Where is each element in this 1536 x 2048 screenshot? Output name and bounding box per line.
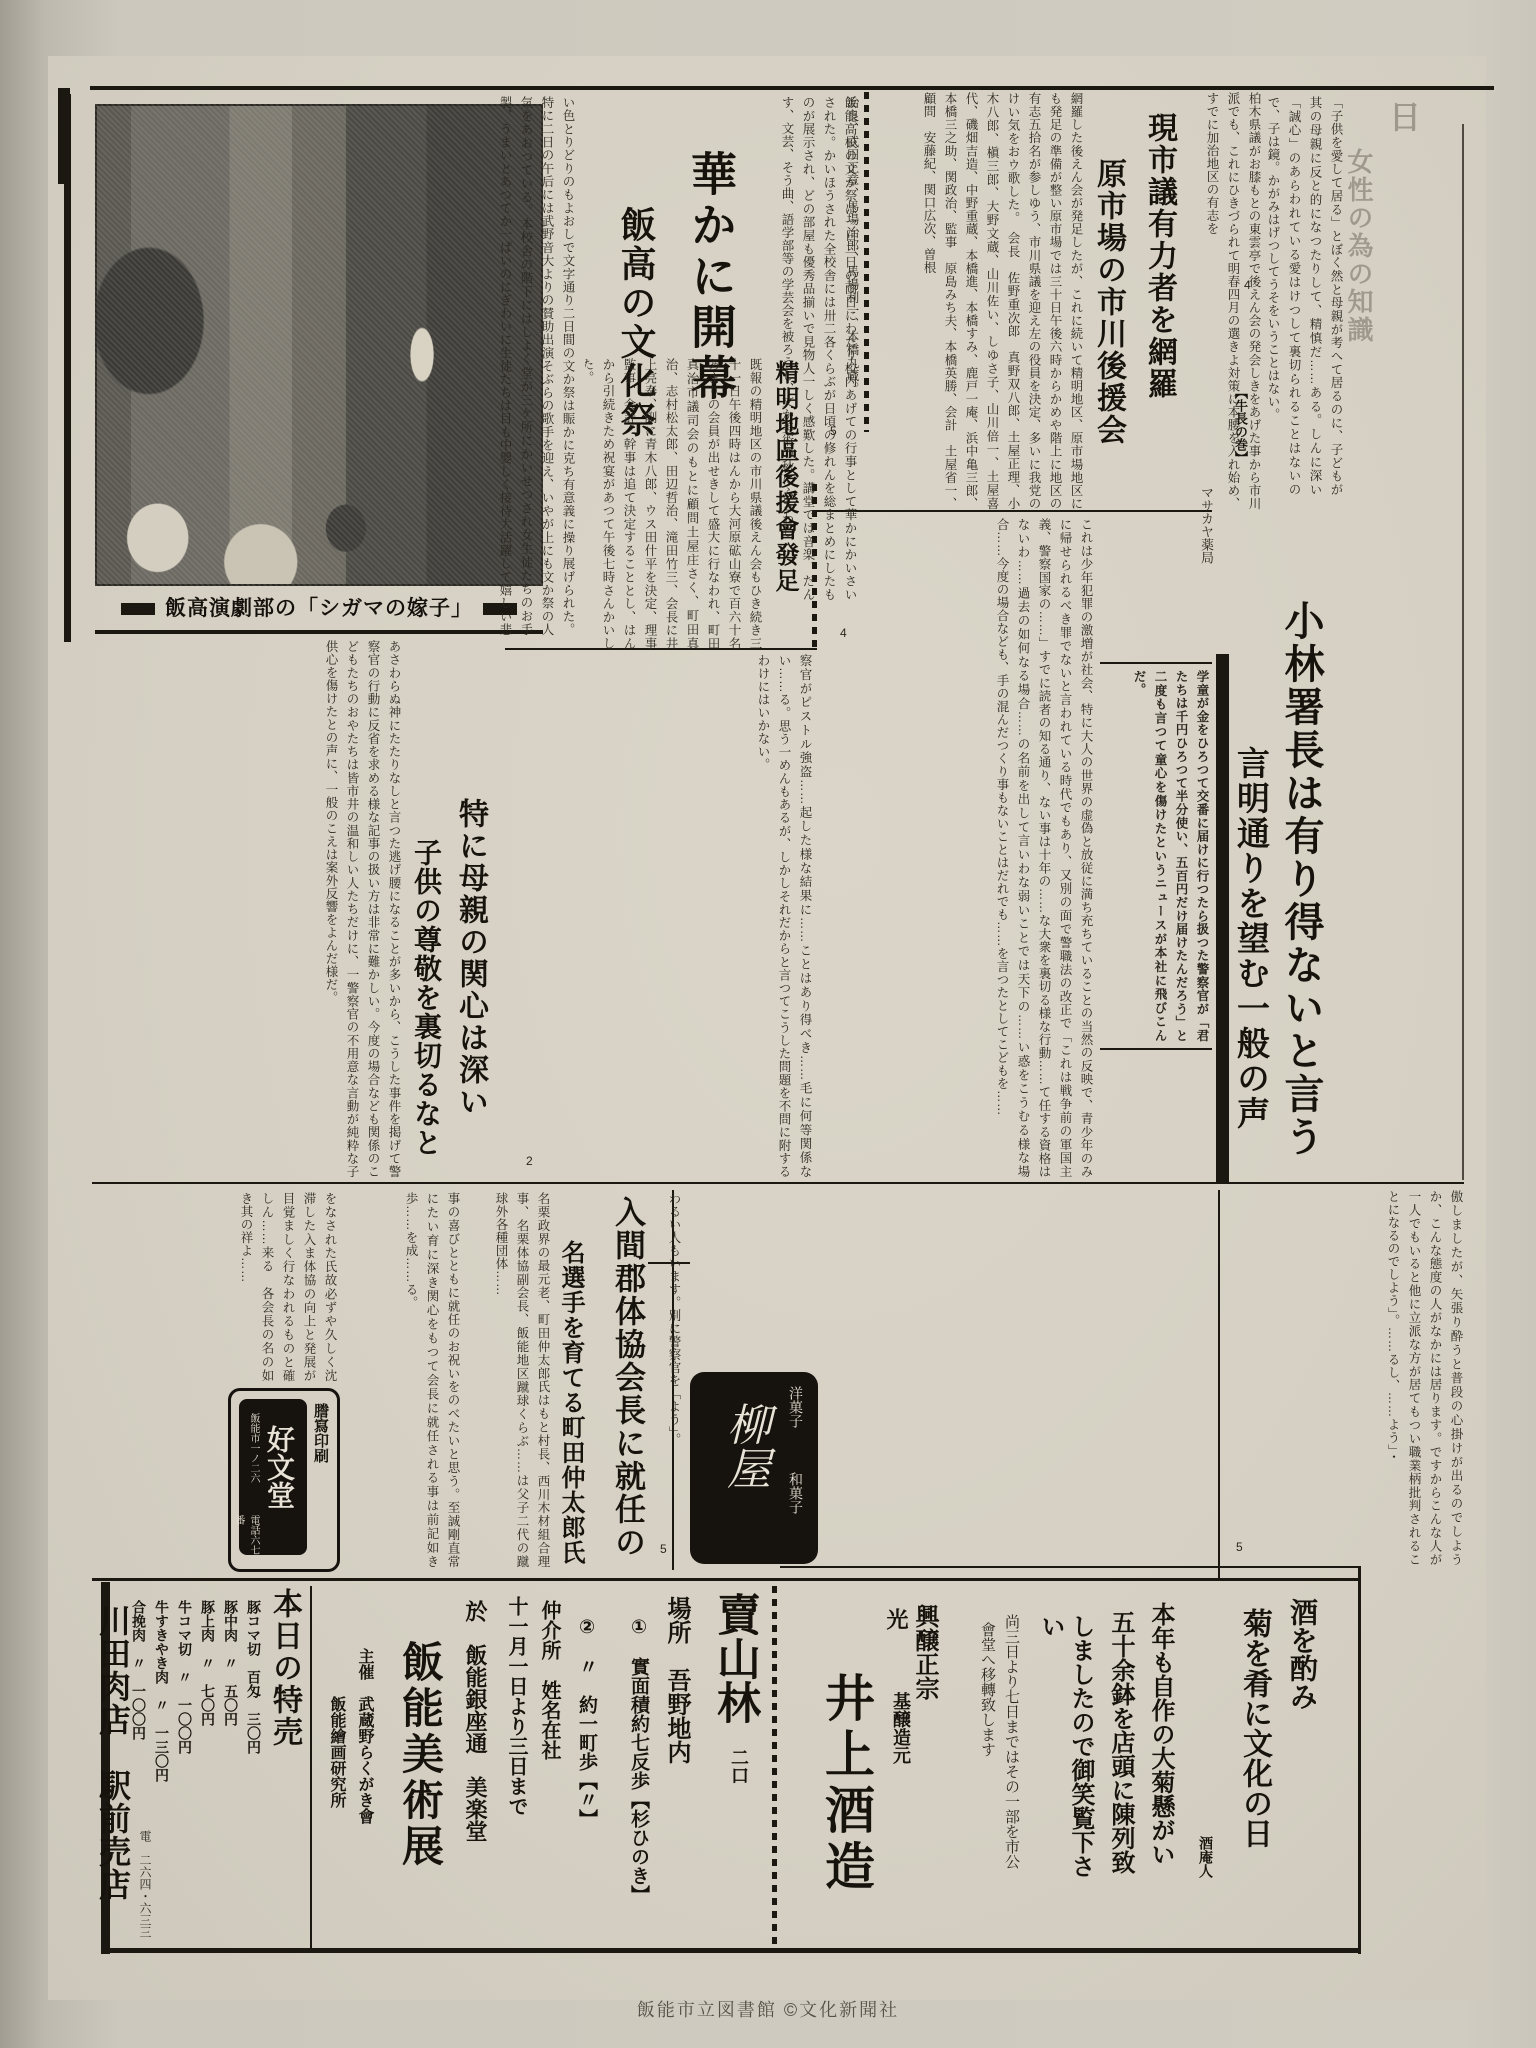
kobayashi-body-c: 傲しましたが、矢張り酔うと普段の心掛けが出るのでしようか、こんな態度の人がなかに… [1226,1190,1466,1566]
inoue-brand3: 基醸造元 [890,1692,914,1802]
kawada-item-4: 牛コマ切 〃 一〇〇円 [173,1600,195,1930]
machida-endcol: わるい人もいます。別に警察官を「よう」。 [648,1192,684,1564]
kobayashi-headline: 小林署長は有り得ないと言う [1280,600,1330,1188]
kawada-title: 本日の特売 [270,1588,306,1768]
rightband-divider [1218,1190,1220,1578]
inoue-signer: 酒庵人 [1198,1836,1216,1906]
kawada-shop: 川田肉店 駅前売店 [94,1604,136,1924]
kobayashi-subhead2: 特に母親の関心は深い [452,798,492,1143]
ichikawa-headline: 現市議有力者を網羅 [1143,112,1181,422]
bunkasai-body-mid: い色とりどりのもよおしで文字通り二日間の文か祭は賑かに克ち有意義に操り展げられた… [500,96,578,636]
top-rule [90,86,1494,90]
kobayashi-body-b: あさわらぬ神にたたりなしと言つた逃げ腰になることが多いから、こうした事件を掲げて… [92,640,404,1178]
ad-divider-wavy [772,1586,777,1950]
yamarin-location: 場所 吾野地内 [664,1596,694,1876]
ad-divider-1 [310,1586,312,1950]
machida-body-a: 名栗政界の最元老、町田仲太郎氏はもと村長、西川木材組合理事、名栗体協副会長、飯能… [468,1192,553,1568]
footer-credit: 飯能市立図書館 ©文化新聞社 [0,1996,1536,2022]
left-corner-mark [58,88,70,184]
machida-body-c: をなされた氏故必ずや久しく沈滞した入ま体協の向上と発展が目覚ましく行なわれるもの… [230,1192,340,1382]
josei-title: 女性の為の知識 [1344,148,1378,378]
ichikawa-subhead: 原市場の市川後援会 [1092,158,1130,468]
inoue-line2: 五十余鉢を店頭に陳列致 [1108,1610,1138,1910]
kobayashi-body-a: これは少年犯罪の激増が社会、特に大人の世界の虚偽と放従に満ち充ちていることの当然… [820,518,1096,1178]
machida-headline-sub: 入間郡体協会長に就任の [610,1196,650,1574]
inoue-brand1: 興醸正宗 [912,1604,942,1734]
yamarin-lots: 二口 [730,1748,752,1808]
kobayashi-subhead: 言明通りを望む一般の声 [1233,746,1275,1186]
kobayashi-num-c: 5 [1236,1540,1243,1554]
inoue-catch2: 菊を肴に文化の日 [1238,1608,1276,1868]
kobundo-inner: 好文堂 飯能市一ノ二六 電話六七番 [239,1399,307,1555]
kobundo-line1: 謄寫印刷 [311,1403,331,1553]
art-host2: 飯能繪画研究所 [326,1696,348,1876]
art-name: 飯能美術展 [398,1640,450,1890]
kobayashi-subhead2b: 子供の尊敬を裏切るなと [410,838,446,1183]
kawada-item-3: 豚上肉 〃 七〇円 [196,1600,218,1930]
josei-shop: マサカヤ薬局 [1198,486,1216,596]
inoue-line3: しましたので御笑覧下さ [1068,1614,1098,1914]
seimei-body: 既報の精明地区の市川県議後えん会もひき続き三十一日午後四時はんから大河原砿山寮で… [585,358,765,650]
yamarin-item1: ① 實面積約七反歩【杉ひのき】 [626,1616,652,1926]
kobayashi-num-b2: 2 [526,1154,533,1168]
kobundo-phone: 電話六七番 [249,1515,261,1561]
halftone-overlay [95,104,543,586]
art-venue: 於 飯能銀座通 美楽堂 [463,1600,491,1880]
josei-series-tag: 【牛長の巻】 [1232,386,1250,506]
machida-body-b: 事の喜びとともに就任のお祝いをのべたいと思う。至誠剛直常にたい育に深き関心をもつ… [345,1192,463,1568]
yamarin-item2: ② 〃 約一町歩【〃】 [574,1616,600,1926]
kawada-item-1: 豚コマ切 百匁 三〇円 [242,1600,264,1930]
ichikawa-body-end: 冶良、武田正章、馬場冶郎、馬場利一、本橋九蔵。 [820,96,862,436]
art-host: 主催 武蔵野らくがき會 [354,1648,376,1938]
kobayashi-headline-bar [1216,654,1229,1182]
yamarin-broker: 仲介所 姓名在社 [538,1600,564,1860]
inoue-line1: 本年も自作の大菊懸がい [1148,1602,1178,1902]
kobundo-address: 飯能市一ノ二六 [249,1413,261,1513]
yanagiya-ad: 洋菓子 和菓子 柳屋 [690,1372,818,1564]
inoue-name: 井上酒造 [820,1672,882,1922]
band1-rule [815,510,1212,512]
inoue-line4: い [1038,1614,1068,1654]
kobundo-name: 好文堂 [265,1425,299,1535]
inoue-note2: 會堂へ移轉致します [976,1622,998,1822]
inoue-brand2: 光 [886,1608,912,1644]
right-edge-line [1462,124,1464,1180]
stage-photo [95,104,543,586]
kawada-item-2: 豚中肉 〃 五〇円 [219,1600,241,1930]
wavy-divider-1 [864,92,869,432]
ichikawa-body-main: 網羅した後えん会が発足したが、これに続いて精明地区、原市場地区にも発足の準備が整… [880,92,1086,510]
kobayashi-lead: 学童が金をひろつて交番に届けに行つたら扱つた警察官が「君たちは千円ひろつて半分使… [1100,662,1212,1050]
photo-caption: 飯高演劇部の「シガマの嫁子」 [95,590,543,634]
machida-page-num: 5 [660,1542,667,1556]
art-dates: 十一月一日より三日まで [503,1596,531,1836]
yanagiya-label2: 和菓子 [790,1472,806,1552]
josei-body: 「子供を愛して居る」とぼく然と母親が考へて居るのに、子どもが其の母親に反と的にな… [1240,96,1346,496]
kobundo-ad: 謄寫印刷 好文堂 飯能市一ノ二六 電話六七番 [228,1388,340,1572]
yamarin-title: 賣山林 [714,1592,766,1742]
josei-page-num: 4 [1244,278,1251,292]
ichikawa-page-num: 5 [830,424,837,438]
machida-headline-main: 名選手を育てる町田仲太郎氏 [554,1240,588,1574]
inoue-catch1: 酒を酌み [1286,1598,1322,1728]
seimei-headline: 精明地區後援會發足 [772,360,802,610]
kawada-phone: 電 二六四・六三三 [138,1830,154,1950]
inoue-note1: 尚三日より七日まではその一部を市公 [1000,1614,1022,1924]
kobayashi-body-b2: 察官がピストル強盗……起した様な結果に……ことはあり得べき……毛に何等関係ない…… [505,654,815,1178]
yanagiya-label1: 洋菓子 [790,1386,806,1466]
newspaper-page: 飯高演劇部の「シガマの嫁子」 飯能高校の文か祭は一日二日の両日にわたり校内あげて… [48,56,1486,2000]
josei-title-char: 日 [1390,100,1426,150]
yanagiya-name: 柳屋 [720,1402,776,1542]
